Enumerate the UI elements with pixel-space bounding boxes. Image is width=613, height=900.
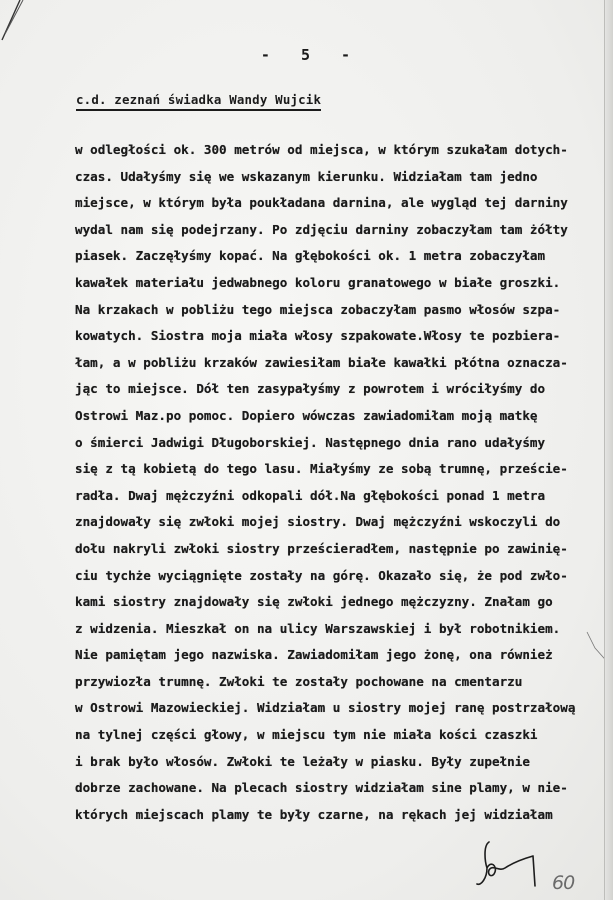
page-number-dash-right: -	[341, 46, 352, 64]
page-number-value: 5	[301, 46, 312, 64]
text-line: ciu tychże wyciągnięte zostały na górę. …	[75, 563, 613, 590]
text-line: wydal nam się podejrzany. Po zdjęciu dar…	[75, 217, 613, 244]
text-line: jąc to miejsce. Dół ten zasypałyśmy z po…	[75, 376, 613, 403]
text-line: na tylnej części głowy, w miejscu tym ni…	[75, 722, 613, 749]
text-line: przywiozła trumnę. Zwłoki te zostały poc…	[75, 669, 613, 696]
text-line: w Ostrowi Mazowieckiej. Widziałam u sios…	[75, 695, 613, 722]
text-line: Nie pamiętam jego nazwiska. Zawiadomiłam…	[75, 642, 613, 669]
text-line: o śmierci Jadwigi Długoborskiej. Następn…	[75, 430, 613, 457]
text-line: Ostrowi Maz.po pomoc. Dopiero wówczas za…	[75, 403, 613, 430]
signature-icon	[475, 838, 550, 888]
document-heading: c.d. zeznań świadka Wandy Wujcik	[76, 92, 321, 111]
text-line: dołu nakryli zwłoki siostry prześcieradł…	[75, 536, 613, 563]
text-line: czas. Udałyśmy się we wskazanym kierunku…	[75, 164, 613, 191]
text-line: znajdowały się zwłoki mojej siostry. Dwa…	[75, 509, 613, 536]
text-line: kami siostry znajdowały się zwłoki jedne…	[75, 589, 613, 616]
text-line: których miejscach plamy te były czarne, …	[75, 802, 613, 829]
text-line: Na krzakach w pobliżu tego miejsca zobac…	[75, 297, 613, 324]
corner-pen-mark-icon	[0, 0, 24, 50]
text-line: kawałek materiału jedwabnego koloru gran…	[75, 270, 613, 297]
text-line: się z tą kobietą do tego lasu. Miałyśmy …	[75, 456, 613, 483]
text-line: kowatych. Siostra moja miała włosy szpak…	[75, 323, 613, 350]
text-line: radła. Dwaj mężczyźni odkopali dół.Na gł…	[75, 483, 613, 510]
page-edge	[604, 0, 613, 900]
text-line: łam, a w pobliżu krzaków zawiesiłam biał…	[75, 350, 613, 377]
text-line: w odległości ok. 300 metrów od miejsca, …	[75, 137, 613, 164]
text-line: i brak było włosów. Zwłoki te leżały w p…	[75, 749, 613, 776]
folio-number: 60	[552, 872, 574, 894]
page-number: - 5 -	[0, 46, 613, 64]
document-body: w odległości ok. 300 metrów od miejsca, …	[75, 137, 613, 828]
page-number-dash-left: -	[261, 46, 272, 64]
text-line: miejsce, w którym była poukładana darnin…	[75, 190, 613, 217]
text-line: z widzenia. Mieszkał on na ulicy Warszaw…	[75, 616, 613, 643]
text-line: dobrze zachowane. Na plecach siostry wid…	[75, 775, 613, 802]
text-line: piasek. Zaczęłyśmy kopać. Na głębokości …	[75, 243, 613, 270]
document-page: - 5 - c.d. zeznań świadka Wandy Wujcik w…	[0, 0, 613, 900]
